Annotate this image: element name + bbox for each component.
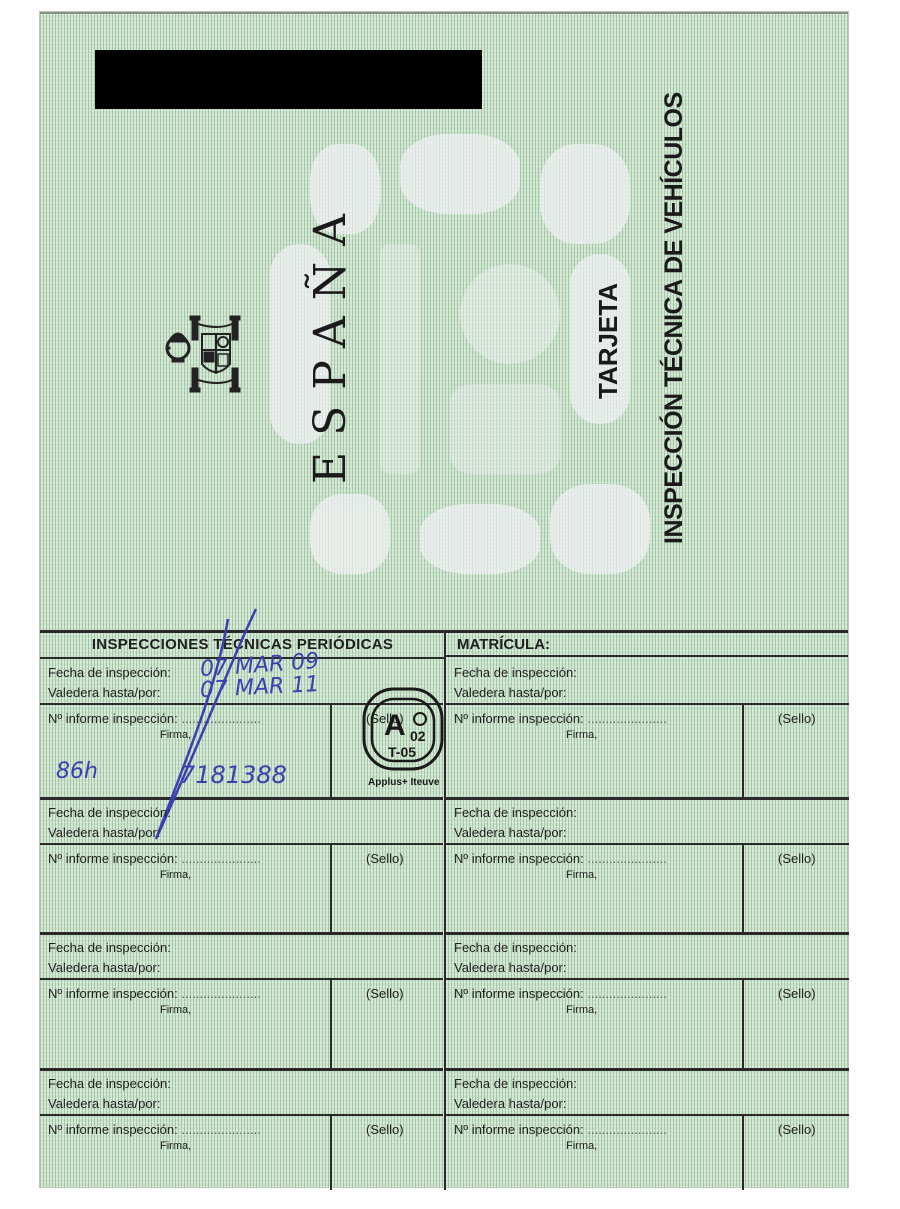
- seal-column-divider: [742, 703, 744, 799]
- report-number-label: Nº informe inspección: .................…: [454, 986, 667, 1001]
- seal-label: (Sello): [778, 1122, 816, 1137]
- report-number-dots: ......................: [181, 851, 260, 866]
- svg-text:02: 02: [410, 728, 426, 744]
- signature-label: Firma,: [566, 869, 597, 881]
- valid-until-label: Valedera hasta/por:: [454, 960, 567, 975]
- valid-until-label: Valedera hasta/por:: [454, 685, 567, 700]
- inspection-date-label: Fecha de inspección:: [454, 805, 577, 820]
- inspection-date-label: Fecha de inspección:: [454, 940, 577, 955]
- inspection-card: ESPAÑA TARJETA INSPECCIÓN TÉCNICA DE VEH…: [40, 12, 848, 1187]
- seal-column-divider: [330, 1114, 332, 1190]
- inspection-entry: Fecha de inspección: Valedera hasta/por:…: [40, 934, 443, 1070]
- inspection-entry: Fecha de inspección: Valedera hasta/por:…: [446, 799, 849, 934]
- seal-column-divider: [330, 978, 332, 1070]
- report-number-label: Nº informe inspección: .................…: [454, 851, 667, 866]
- report-number-dots: ......................: [587, 851, 666, 866]
- entry-divider: [40, 1114, 443, 1116]
- seal-label: (Sello): [366, 986, 404, 1001]
- entry-divider: [446, 1114, 849, 1116]
- inspection-date-label: Fecha de inspección:: [48, 940, 171, 955]
- inspection-station-stamp: A02T-05Applus+ Iteuve: [358, 687, 450, 795]
- inspection-date-label: Fecha de inspección:: [48, 1076, 171, 1091]
- seal-column-divider: [742, 1114, 744, 1190]
- redacted-field: [95, 50, 482, 109]
- entry-divider: [446, 703, 849, 705]
- inspection-date-label: Fecha de inspección:: [48, 805, 171, 820]
- svg-text:T-05: T-05: [388, 744, 416, 760]
- inspection-entry: Fecha de inspección: Valedera hasta/por:…: [446, 659, 849, 799]
- entry-divider: [40, 843, 443, 845]
- inspection-date-label: Fecha de inspección:: [454, 1076, 577, 1091]
- inspection-entry: Fecha de inspección: Valedera hasta/por:…: [40, 799, 443, 934]
- report-number-dots: ......................: [587, 1122, 666, 1137]
- report-number-dots: ......................: [181, 986, 260, 1001]
- inspection-entry: Fecha de inspección: Valedera hasta/por:…: [446, 934, 849, 1070]
- entry-divider: [446, 978, 849, 980]
- report-number-label: Nº informe inspección: .................…: [48, 1122, 261, 1137]
- signature-label: Firma,: [566, 1140, 597, 1152]
- valid-until-label: Valedera hasta/por:: [48, 825, 161, 840]
- country-name: ESPAÑA: [305, 198, 356, 484]
- valid-until-label: Valedera hasta/por:: [454, 1096, 567, 1111]
- valid-until-label: Valedera hasta/por:: [48, 1096, 161, 1111]
- seal-label: (Sello): [778, 711, 816, 726]
- license-plate-header: MATRÍCULA:: [445, 633, 848, 657]
- seal-column-divider: [330, 843, 332, 934]
- report-number-label: Nº informe inspección: .................…: [48, 851, 261, 866]
- seal-label: (Sello): [778, 851, 816, 866]
- report-number-label: Nº informe inspección: .................…: [48, 986, 261, 1001]
- entry-divider: [446, 843, 849, 845]
- report-number-label: Nº informe inspección: .................…: [454, 1122, 667, 1137]
- valid-until-label: Valedera hasta/por:: [454, 825, 567, 840]
- inspection-entry: Fecha de inspección: Valedera hasta/por:…: [446, 1070, 849, 1190]
- inspection-table: INSPECCIONES TÉCNICAS PERIÓDICAS MATRÍCU…: [40, 630, 848, 1190]
- seal-label: (Sello): [366, 851, 404, 866]
- report-number-label: Nº informe inspección: .................…: [454, 711, 667, 726]
- signature-label: Firma,: [160, 1004, 191, 1016]
- svg-text:Applus+ Iteuve: Applus+ Iteuve: [368, 777, 440, 788]
- seal-column-divider: [330, 703, 332, 799]
- inspection-entry: Fecha de inspección: Valedera hasta/por:…: [40, 1070, 443, 1190]
- card-subtitle: INSPECCIÓN TÉCNICA DE VEHÍCULOS: [660, 92, 689, 544]
- seal-label: (Sello): [778, 986, 816, 1001]
- signature-label: Firma,: [566, 1004, 597, 1016]
- report-number-dots: ......................: [181, 1122, 260, 1137]
- report-number-dots: ......................: [587, 711, 666, 726]
- coat-of-arms-icon: [162, 314, 252, 394]
- seal-column-divider: [742, 843, 744, 934]
- entry-divider: [40, 978, 443, 980]
- seal-label: (Sello): [366, 1122, 404, 1137]
- inspection-date-label: Fecha de inspección:: [454, 665, 577, 680]
- valid-until-label: Valedera hasta/por:: [48, 960, 161, 975]
- stamp-icon: A02T-05Applus+ Iteuve: [358, 687, 450, 795]
- report-number-dots: ......................: [587, 986, 666, 1001]
- signature-label: Firma,: [160, 869, 191, 881]
- signature-label: Firma,: [566, 729, 597, 741]
- seal-column-divider: [742, 978, 744, 1070]
- signature-label: Firma,: [160, 1140, 191, 1152]
- card-title: TARJETA: [593, 283, 624, 399]
- inspector-initials: 86h: [56, 759, 98, 784]
- card-cover: ESPAÑA TARJETA INSPECCIÓN TÉCNICA DE VEH…: [40, 14, 848, 630]
- inspection-entry: Fecha de inspección: Valedera hasta/por:…: [40, 659, 443, 799]
- svg-text:A: A: [384, 709, 406, 742]
